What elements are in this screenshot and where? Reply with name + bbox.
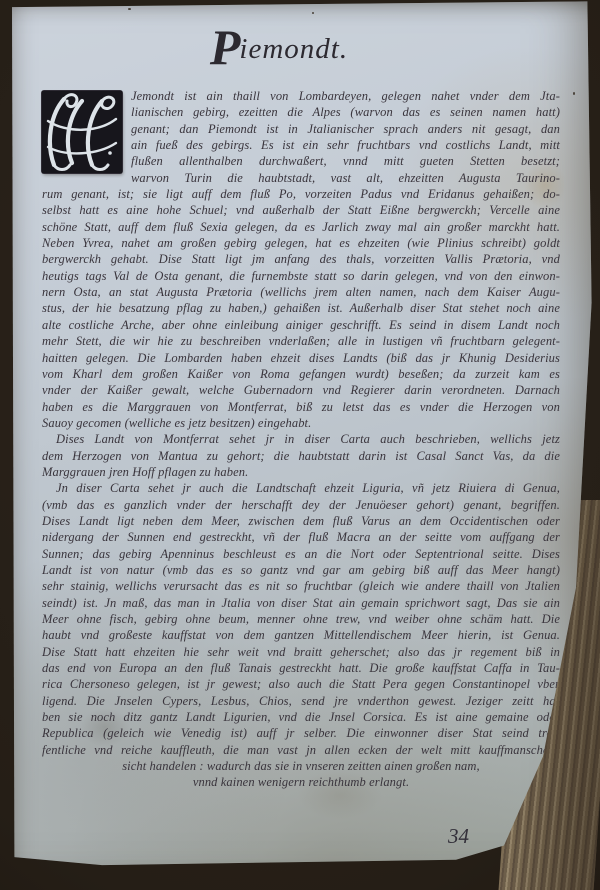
text-line: Jn diser Carta sehet jr auch die Landtsc… <box>42 480 560 496</box>
page-content: Piemondt. <box>42 18 560 791</box>
text-line: rica Chersoneso gelegen, ist jr gewest; … <box>42 676 560 692</box>
text-line: Sunnen; das gebirg Apenninus beschleust … <box>42 546 560 562</box>
text-line: rum genant, ist; sie ligt auff dem fluß … <box>42 186 560 202</box>
text-line: Dise Statt hatt ehzeiten hie sehr weit v… <box>42 644 560 660</box>
text-line: alte costliche Arche, aber ohne einleibu… <box>42 317 560 333</box>
text-line: fentliche vnd reiche kauffleuth, die man… <box>42 742 560 758</box>
text-line: vom Kharl dem großen Kaißer von Roma gef… <box>42 366 560 382</box>
paragraph: Jemondt ist ain thaill von Lombardeyen, … <box>42 88 560 431</box>
text-line: heutigs tags Val de Osta genant, die fur… <box>42 268 560 284</box>
page-number: 34 <box>448 824 469 848</box>
text-line: stus, der hie besatzung pflag zu haben,)… <box>42 300 560 316</box>
text-line: ben sie noch ditz gantz Landt Ligurien, … <box>42 709 560 725</box>
ink-speck <box>573 92 575 95</box>
ink-speck <box>128 8 131 10</box>
text-line: Republica (geleich wie Venedig ist) auff… <box>42 725 560 741</box>
book-photo: Piemondt. <box>0 0 600 890</box>
text-line: dem Herzogen von Mantua zu gehort; die h… <box>42 448 560 464</box>
text-line: haubt vnd großeste kauffstat von dem gan… <box>42 627 560 643</box>
drop-cap-ornament-icon <box>42 91 122 173</box>
text-line: nidergang der Sunnen end gestreckht, vñ … <box>42 529 560 545</box>
text-line: bergwerckh gehabt. Dise Statt ligt jm an… <box>42 251 560 267</box>
drop-cap-woodcut <box>42 91 122 173</box>
text-line: Dises Landt von Montferrat sehet jr in d… <box>42 431 560 447</box>
text-line: Sauoy gecomen (welliche es jetz besitzen… <box>42 415 560 431</box>
title-ornate-initial: P <box>210 19 239 75</box>
page-title: Piemondt. <box>20 18 538 76</box>
title-text: iemondt. <box>239 33 348 65</box>
text-line: schöne Statt, auff dem fluß Sexia gelege… <box>42 219 560 235</box>
book-page: Piemondt. <box>0 0 600 890</box>
text-line: Neben Yvrea, nahet am großen gebirg gele… <box>42 235 560 251</box>
text-line: vnder der Kaißer gewalt, welche Gubernad… <box>42 382 560 398</box>
text-line: (vmb das es ganzlich vnder der herschaff… <box>42 497 560 513</box>
ink-speck <box>312 12 314 14</box>
text-line: nern Osta, an stat Augusta Prætoria (wel… <box>42 284 560 300</box>
paragraph: Dises Landt von Montferrat sehet jr in d… <box>42 431 560 480</box>
text-line: seindt) ist. Jn maß, das man in Jtalia v… <box>42 595 560 611</box>
text-line: ligend. Die Jnselen Cypers, Lesbus, Chio… <box>42 693 560 709</box>
paragraph: Jn diser Carta sehet jr auch die Landtsc… <box>42 480 560 791</box>
text-line: Meer ohne fisch, gebirg ohne beum, menne… <box>42 611 560 627</box>
body-text: Jemondt ist ain thaill von Lombardeyen, … <box>42 88 560 791</box>
text-line: sicht handelen : wadurch das sie in vnse… <box>42 758 560 774</box>
text-line: haitten gelegen. Die Lombarden haben ehz… <box>42 350 560 366</box>
text-line: haben es die Marggrauen von Montferrat, … <box>42 399 560 415</box>
text-line: mehr Stett, die wir hie zu beschreiben v… <box>42 333 560 349</box>
text-line: vnnd kainen wenigern reichthumb erlangt. <box>42 774 560 790</box>
text-line: Dises Landt ligt neben dem Meer, zwische… <box>42 513 560 529</box>
text-line: selbst hatt es aine hohe Schuel; vnd auß… <box>42 202 560 218</box>
text-line: Marggrauen jren Hoff pflagen zu haben. <box>42 464 560 480</box>
text-line: sehr stainig, wellichs verursacht das es… <box>42 578 560 594</box>
text-line: Landt ist von natur (vmb das es so gantz… <box>42 562 560 578</box>
text-line: das end von Europa an den fluß Tanais ge… <box>42 660 560 676</box>
